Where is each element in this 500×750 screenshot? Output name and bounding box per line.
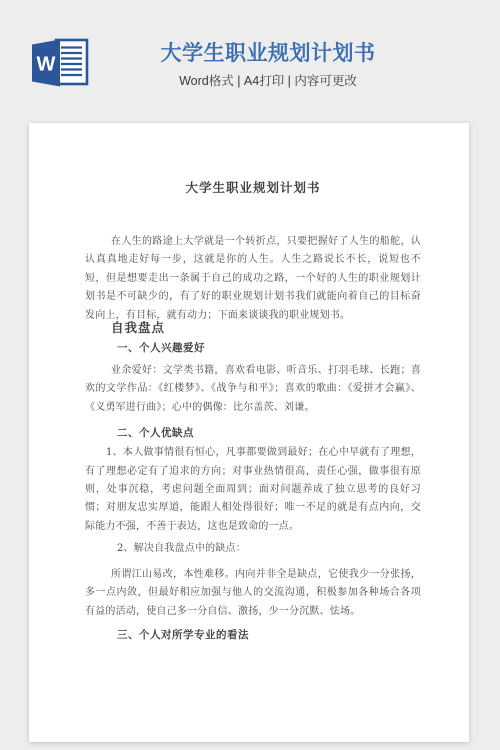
paragraph-fix-weakness-body: 所谓江山易改，本性难移。内向并非全是缺点，它使我少一分张扬，多一点内敛，但最好相… — [85, 566, 421, 621]
paragraph-strengths: 1、本人做事情很有恒心，凡事都要做到最好；在心中早就有了理想，有了理想必定有了追… — [85, 444, 421, 536]
header-text: 大学生职业规划计划书 Word格式 | A4打印 | 内容可更改 — [0, 40, 500, 88]
subheading-strengths-weaknesses: 二、个人优缺点 — [117, 426, 421, 441]
header: W 大学生职业规划计划书 Word格式 | A4打印 | 内容可更改 — [0, 0, 500, 123]
document-title: 大学生职业规划计划书 — [85, 180, 421, 196]
doc-intro-paragraph: 在人生的路途上大学就是一个转折点，只要把握好了人生的船舵，认认真真地走好每一步，… — [85, 233, 421, 325]
document-page: 大学生职业规划计划书 在人生的路途上大学就是一个转折点，只要把握好了人生的船舵，… — [29, 123, 469, 742]
paragraph-interests: 业余爱好：文学类书籍，喜欢看电影、听音乐、打羽毛球、长跑；喜欢的文学作品：《红楼… — [85, 362, 421, 417]
subheading-interests: 一、个人兴趣爱好 — [117, 341, 421, 356]
page-subtitle: Word格式 | A4打印 | 内容可更改 — [36, 74, 500, 88]
subheading-major-view: 三、个人对所学专业的看法 — [117, 628, 421, 643]
page-title: 大学生职业规划计划书 — [36, 40, 500, 68]
paragraph-fix-weakness-heading: 2、解决自我盘点中的缺点： — [85, 540, 421, 558]
template-preview-page: W 大学生职业规划计划书 Word格式 | A4打印 | 内容可更改 大学生职业… — [0, 0, 500, 750]
